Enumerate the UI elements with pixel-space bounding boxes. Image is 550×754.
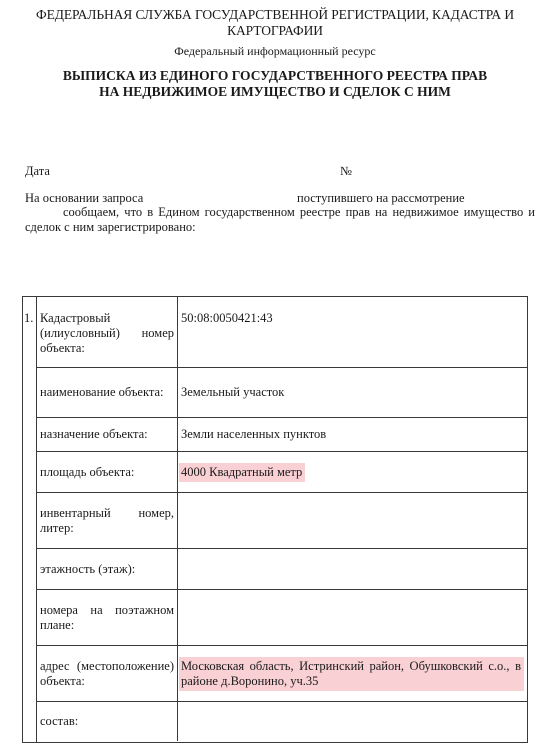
row-object-name: наименование объекта: Земельный участок bbox=[37, 368, 527, 418]
row-purpose: назначение объекта: Земли населенных пун… bbox=[37, 418, 527, 452]
date-label: Дата bbox=[25, 164, 50, 179]
number-label: № bbox=[340, 164, 352, 179]
row-label: этажность (этаж): bbox=[37, 549, 178, 589]
document-title: ВЫПИСКА ИЗ ЕДИНОГО ГОСУДАРСТВЕННОГО РЕЕС… bbox=[0, 68, 550, 100]
row-label: состав: bbox=[37, 702, 178, 741]
agency-name: ФЕДЕРАЛЬНАЯ СЛУЖБА ГОСУДАРСТВЕННОЙ РЕГИС… bbox=[0, 7, 550, 39]
row-label: наименование объекта: bbox=[37, 368, 178, 417]
received-label: поступившего на рассмотрение bbox=[297, 191, 465, 206]
row-value bbox=[178, 493, 527, 548]
row-label: Кадастровый (илиусловный) номер объекта: bbox=[37, 297, 178, 367]
row-label: назначение объекта: bbox=[37, 418, 178, 451]
highlighted-area-value: 4000 Квадратный метр bbox=[179, 463, 305, 482]
row-value: 4000 Квадратный метр bbox=[178, 452, 527, 492]
row-value: 50:08:0050421:43 bbox=[178, 297, 527, 367]
row-value: Московская область, Истринский район, Об… bbox=[178, 646, 527, 701]
row-area: площадь объекта: 4000 Квадратный метр bbox=[37, 452, 527, 493]
row-composition: состав: bbox=[37, 702, 527, 741]
row-value: Земли населенных пунктов bbox=[178, 418, 527, 451]
registry-table: 1. Кадастровый (илиусловный) номер объек… bbox=[22, 296, 528, 743]
row-cadastral-number: Кадастровый (илиусловный) номер объекта:… bbox=[37, 297, 527, 368]
row-inventory-number: инвентарный номер, литер: bbox=[37, 493, 527, 549]
row-value bbox=[178, 549, 527, 589]
row-floor-plan-numbers: номера на поэтажном плане: bbox=[37, 590, 527, 646]
highlighted-address-value: Московская область, Истринский район, Об… bbox=[179, 657, 524, 691]
item-number: 1. bbox=[24, 311, 33, 326]
row-label: инвентарный номер, литер: bbox=[37, 493, 178, 548]
row-label: адрес (местоположение) объекта: bbox=[37, 646, 178, 701]
item-number-column: 1. bbox=[23, 297, 37, 742]
row-value: Земельный участок bbox=[178, 368, 527, 417]
row-floors: этажность (этаж): bbox=[37, 549, 527, 590]
row-value bbox=[178, 702, 527, 741]
resource-name: Федеральный информационный ресурс bbox=[0, 44, 550, 58]
row-label: номера на поэтажном плане: bbox=[37, 590, 178, 645]
row-address: адрес (местоположение) объекта: Московск… bbox=[37, 646, 527, 702]
row-label: площадь объекта: bbox=[37, 452, 178, 492]
row-value bbox=[178, 590, 527, 645]
request-basis-label: На основании запроса bbox=[25, 191, 143, 206]
intro-paragraph: сообщаем, что в Едином государственном р… bbox=[25, 205, 535, 235]
